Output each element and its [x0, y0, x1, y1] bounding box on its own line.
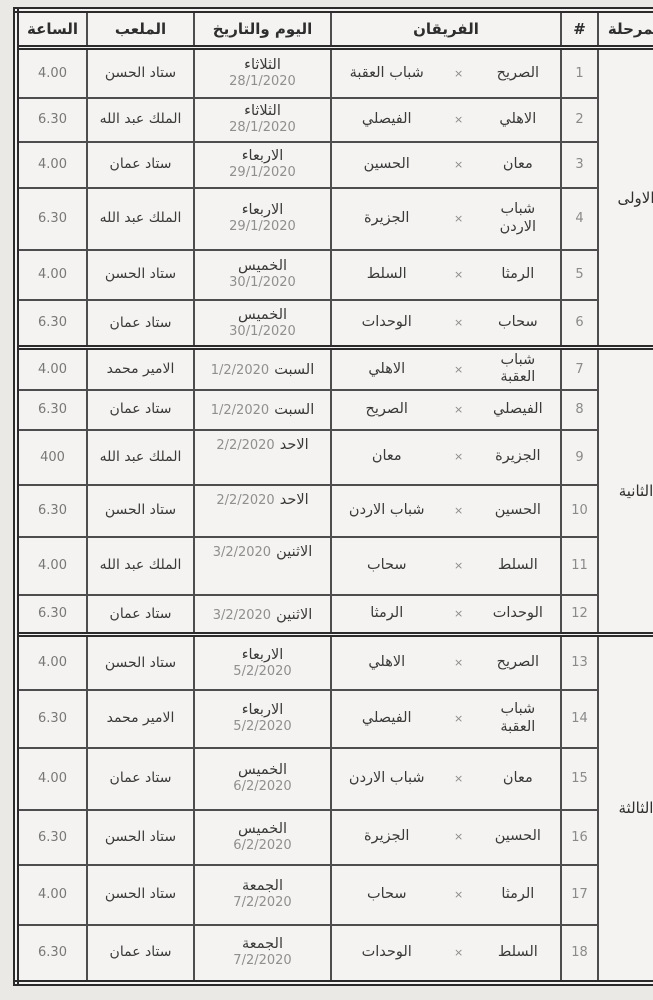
- day-date-cell: الجمعة 7/2/2020: [194, 925, 331, 983]
- match-date: 7/2/2020: [198, 895, 327, 911]
- match-day: الخميس: [198, 820, 327, 838]
- match-date: 28/1/2020: [198, 74, 327, 90]
- vs-separator: ×: [441, 113, 475, 126]
- match-row: الاولى 1 الصريح × شباب العقبة الثلاثاء 2…: [16, 48, 653, 98]
- team1: شباب العقبة: [476, 352, 560, 386]
- teams-cell: الصريح × الاهلي: [331, 635, 561, 690]
- day-date-cell: الاربعاء 29/1/2020: [194, 142, 331, 188]
- match-date: 30/1/2020: [198, 324, 327, 340]
- day-date-cell: الاربعاء 5/2/2020: [194, 635, 331, 690]
- teams-cell: شباب العقبة × الاهلي: [331, 348, 561, 390]
- venue: ستاد عمان: [87, 925, 194, 983]
- match-number: 13: [561, 635, 598, 690]
- teams-cell: معان × الحسين: [331, 142, 561, 188]
- team1: الجزيرة: [476, 448, 560, 465]
- header-stage: المرحلة: [598, 10, 653, 48]
- venue: الملك عبد الله: [87, 188, 194, 250]
- header-day-date: اليوم والتاريخ: [194, 10, 331, 48]
- team1: الصريح: [476, 654, 560, 671]
- day-date-cell: الثلاثاء 28/1/2020: [194, 48, 331, 98]
- match-date: 5/2/2020: [198, 664, 327, 680]
- team2: الوحدات: [332, 944, 441, 961]
- match-time: 6.30: [16, 188, 87, 250]
- match-time: 4.00: [16, 748, 87, 810]
- match-row: 17 الرمثا × سحاب الجمعة 7/2/2020 ستاد ال…: [16, 865, 653, 925]
- vs-separator: ×: [441, 772, 475, 785]
- match-number: 12: [561, 595, 598, 635]
- teams-cell: الحسين × الجزيرة: [331, 810, 561, 865]
- teams-cell: الفيصلي × الصريح: [331, 390, 561, 430]
- match-row: 6 سحاب × الوحدات الخميس 30/1/2020 ستاد ع…: [16, 300, 653, 348]
- match-row: 11 السلط × سحاب الاثنين 3/2/2020 الملك ع…: [16, 537, 653, 595]
- header-row: المرحلة # الفريقان اليوم والتاريخ الملعب…: [16, 10, 653, 48]
- match-time: 400: [16, 430, 87, 485]
- vs-separator: ×: [441, 403, 475, 416]
- team1: سحاب: [476, 314, 560, 331]
- day-date-cell: الاربعاء 5/2/2020: [194, 690, 331, 748]
- team2: الصريح: [332, 401, 441, 418]
- match-row: الثالثة 13 الصريح × الاهلي الاربعاء 5/2/…: [16, 635, 653, 690]
- teams-cell: الرمثا × السلط: [331, 250, 561, 300]
- schedule-sheet: المرحلة # الفريقان اليوم والتاريخ الملعب…: [13, 7, 653, 986]
- vs-separator: ×: [441, 158, 475, 171]
- match-date: 7/2/2020: [198, 953, 327, 969]
- match-day: الجمعة: [198, 877, 327, 895]
- team2: سحاب: [332, 886, 441, 903]
- match-row: الثانية 7 شباب العقبة × الاهلي السبت 1/2…: [16, 348, 653, 390]
- match-day: الجمعة: [198, 935, 327, 953]
- team1: السلط: [476, 557, 560, 574]
- header-time: الساعة: [16, 10, 87, 48]
- vs-separator: ×: [441, 504, 475, 517]
- team2: سحاب: [332, 557, 441, 574]
- match-number: 4: [561, 188, 598, 250]
- match-number: 5: [561, 250, 598, 300]
- match-row: 3 معان × الحسين الاربعاء 29/1/2020 ستاد …: [16, 142, 653, 188]
- match-number: 11: [561, 537, 598, 595]
- schedule-table: المرحلة # الفريقان اليوم والتاريخ الملعب…: [13, 7, 653, 986]
- match-day: الاثنين: [276, 544, 312, 560]
- teams-cell: الصريح × شباب العقبة: [331, 48, 561, 98]
- match-time: 4.00: [16, 348, 87, 390]
- stage-group-1: الاولى 1 الصريح × شباب العقبة الثلاثاء 2…: [16, 48, 653, 348]
- match-date: 2/2/2020: [216, 438, 274, 453]
- match-number: 8: [561, 390, 598, 430]
- vs-separator: ×: [441, 607, 475, 620]
- venue: ستاد الحسن: [87, 810, 194, 865]
- match-date: 3/2/2020: [213, 545, 271, 560]
- team1: الوحدات: [476, 605, 560, 622]
- vs-separator: ×: [441, 888, 475, 901]
- match-row: 14 شباب العقبة × الفيصلي الاربعاء 5/2/20…: [16, 690, 653, 748]
- match-date: 6/2/2020: [198, 779, 327, 795]
- page: { "table": { "headers": { "stage": "المر…: [0, 0, 653, 1000]
- venue: ستاد عمان: [87, 390, 194, 430]
- match-row: 10 الحسين × شباب الاردن الاحد 2/2/2020 س…: [16, 485, 653, 537]
- venue: الملك عبد الله: [87, 98, 194, 142]
- table-header: المرحلة # الفريقان اليوم والتاريخ الملعب…: [16, 10, 653, 48]
- team1: الحسين: [476, 828, 560, 845]
- header-number: #: [561, 10, 598, 48]
- team1: الحسين: [476, 502, 560, 519]
- match-time: 6.30: [16, 925, 87, 983]
- venue: ستاد عمان: [87, 595, 194, 635]
- match-day: الخميس: [198, 761, 327, 779]
- teams-cell: الرمثا × سحاب: [331, 865, 561, 925]
- match-row: 9 الجزيرة × معان الاحد 2/2/2020 الملك عب…: [16, 430, 653, 485]
- team2: الفيصلي: [332, 710, 441, 727]
- venue: ستاد الحسن: [87, 48, 194, 98]
- day-date-cell: الخميس 6/2/2020: [194, 748, 331, 810]
- venue: ستاد عمان: [87, 142, 194, 188]
- match-date: 2/2/2020: [216, 493, 274, 508]
- team2: شباب الاردن: [332, 770, 441, 787]
- vs-separator: ×: [441, 830, 475, 843]
- match-time: 6.30: [16, 810, 87, 865]
- header-venue: الملعب: [87, 10, 194, 48]
- team2: الوحدات: [332, 314, 441, 331]
- match-date: 1/2/2020: [211, 403, 269, 418]
- match-number: 2: [561, 98, 598, 142]
- team1: الصريح: [476, 65, 560, 82]
- teams-cell: الحسين × شباب الاردن: [331, 485, 561, 537]
- match-row: 2 الاهلي × الفيصلي الثلاثاء 28/1/2020 ال…: [16, 98, 653, 142]
- venue: ستاد عمان: [87, 300, 194, 348]
- match-date: 29/1/2020: [198, 165, 327, 181]
- team2: الجزيرة: [332, 210, 441, 227]
- vs-separator: ×: [441, 712, 475, 725]
- stage-group-3: الثالثة 13 الصريح × الاهلي الاربعاء 5/2/…: [16, 635, 653, 983]
- teams-cell: السلط × الوحدات: [331, 925, 561, 983]
- match-day: الخميس: [198, 257, 327, 275]
- day-date-cell: الاربعاء 29/1/2020: [194, 188, 331, 250]
- match-day: الاحد: [280, 437, 309, 453]
- team1: الرمثا: [476, 886, 560, 903]
- match-day: السبت: [274, 402, 314, 418]
- vs-separator: ×: [441, 363, 475, 376]
- team2: شباب الاردن: [332, 502, 441, 519]
- match-time: 4.00: [16, 865, 87, 925]
- match-number: 9: [561, 430, 598, 485]
- match-date: 3/2/2020: [213, 608, 271, 623]
- teams-cell: السلط × سحاب: [331, 537, 561, 595]
- match-time: 6.30: [16, 690, 87, 748]
- match-day: الثلاثاء: [198, 102, 327, 120]
- match-date: 1/2/2020: [211, 363, 269, 378]
- match-time: 4.00: [16, 48, 87, 98]
- team2: شباب العقبة: [332, 65, 441, 82]
- header-teams: الفريقان: [331, 10, 561, 48]
- match-number: 6: [561, 300, 598, 348]
- match-number: 1: [561, 48, 598, 98]
- team1: شباب الاردن: [476, 201, 560, 235]
- day-date-cell: الاحد 2/2/2020: [194, 430, 331, 485]
- match-time: 6.30: [16, 485, 87, 537]
- teams-cell: سحاب × الوحدات: [331, 300, 561, 348]
- match-row: 18 السلط × الوحدات الجمعة 7/2/2020 ستاد …: [16, 925, 653, 983]
- venue: الملك عبد الله: [87, 430, 194, 485]
- match-time: 4.00: [16, 635, 87, 690]
- team2: معان: [332, 448, 441, 465]
- match-date: 5/2/2020: [198, 719, 327, 735]
- teams-cell: شباب العقبة × الفيصلي: [331, 690, 561, 748]
- team2: السلط: [332, 266, 441, 283]
- team1: الرمثا: [476, 266, 560, 283]
- vs-separator: ×: [441, 656, 475, 669]
- match-time: 4.00: [16, 250, 87, 300]
- team2: الحسين: [332, 156, 441, 173]
- team1: الاهلي: [476, 111, 560, 128]
- teams-cell: الاهلي × الفيصلي: [331, 98, 561, 142]
- teams-cell: معان × شباب الاردن: [331, 748, 561, 810]
- match-time: 6.30: [16, 98, 87, 142]
- day-date-cell: السبت 1/2/2020: [194, 390, 331, 430]
- match-row: 5 الرمثا × السلط الخميس 30/1/2020 ستاد ا…: [16, 250, 653, 300]
- match-day: الثلاثاء: [198, 56, 327, 74]
- team2: الجزيرة: [332, 828, 441, 845]
- venue: الملك عبد الله: [87, 537, 194, 595]
- stage-label: الاولى: [598, 48, 653, 348]
- match-day: الاربعاء: [198, 701, 327, 719]
- team1: شباب العقبة: [476, 701, 560, 735]
- day-date-cell: الاثنين 3/2/2020: [194, 595, 331, 635]
- match-day: الخميس: [198, 306, 327, 324]
- team2: الاهلي: [332, 361, 441, 378]
- match-number: 16: [561, 810, 598, 865]
- day-date-cell: الخميس 30/1/2020: [194, 300, 331, 348]
- vs-separator: ×: [441, 450, 475, 463]
- day-date-cell: الخميس 6/2/2020: [194, 810, 331, 865]
- vs-separator: ×: [441, 268, 475, 281]
- match-number: 10: [561, 485, 598, 537]
- match-row: 4 شباب الاردن × الجزيرة الاربعاء 29/1/20…: [16, 188, 653, 250]
- day-date-cell: السبت 1/2/2020: [194, 348, 331, 390]
- vs-separator: ×: [441, 212, 475, 225]
- match-date: 29/1/2020: [198, 219, 327, 235]
- venue: الامير محمد: [87, 348, 194, 390]
- match-time: 6.30: [16, 390, 87, 430]
- venue: ستاد الحسن: [87, 485, 194, 537]
- vs-separator: ×: [441, 559, 475, 572]
- day-date-cell: الثلاثاء 28/1/2020: [194, 98, 331, 142]
- team1: معان: [476, 770, 560, 787]
- stage-label: الثالثة: [598, 635, 653, 983]
- match-row: 12 الوحدات × الرمثا الاثنين 3/2/2020 ستا…: [16, 595, 653, 635]
- venue: ستاد الحسن: [87, 635, 194, 690]
- team1: معان: [476, 156, 560, 173]
- team1: الفيصلي: [476, 401, 560, 418]
- match-number: 15: [561, 748, 598, 810]
- match-time: 4.00: [16, 537, 87, 595]
- match-date: 30/1/2020: [198, 275, 327, 291]
- teams-cell: الجزيرة × معان: [331, 430, 561, 485]
- day-date-cell: الاثنين 3/2/2020: [194, 537, 331, 595]
- vs-separator: ×: [441, 67, 475, 80]
- match-day: الاحد: [280, 492, 309, 508]
- team2: الفيصلي: [332, 111, 441, 128]
- match-row: 16 الحسين × الجزيرة الخميس 6/2/2020 ستاد…: [16, 810, 653, 865]
- match-day: السبت: [274, 362, 314, 378]
- match-row: 8 الفيصلي × الصريح السبت 1/2/2020 ستاد ع…: [16, 390, 653, 430]
- teams-cell: شباب الاردن × الجزيرة: [331, 188, 561, 250]
- vs-separator: ×: [441, 946, 475, 959]
- match-day: الاربعاء: [198, 147, 327, 165]
- stage-label: الثانية: [598, 348, 653, 635]
- teams-cell: الوحدات × الرمثا: [331, 595, 561, 635]
- day-date-cell: الاحد 2/2/2020: [194, 485, 331, 537]
- team2: الرمثا: [332, 605, 441, 622]
- venue: ستاد عمان: [87, 748, 194, 810]
- day-date-cell: الخميس 30/1/2020: [194, 250, 331, 300]
- venue: الامير محمد: [87, 690, 194, 748]
- venue: ستاد الحسن: [87, 250, 194, 300]
- match-day: الاثنين: [276, 607, 312, 623]
- stage-group-2: الثانية 7 شباب العقبة × الاهلي السبت 1/2…: [16, 348, 653, 635]
- match-number: 17: [561, 865, 598, 925]
- match-number: 18: [561, 925, 598, 983]
- match-number: 7: [561, 348, 598, 390]
- team2: الاهلي: [332, 654, 441, 671]
- match-date: 6/2/2020: [198, 838, 327, 854]
- venue: ستاد الحسن: [87, 865, 194, 925]
- match-time: 6.30: [16, 300, 87, 348]
- vs-separator: ×: [441, 316, 475, 329]
- match-day: الاربعاء: [198, 646, 327, 664]
- match-time: 4.00: [16, 142, 87, 188]
- match-date: 28/1/2020: [198, 120, 327, 136]
- team1: السلط: [476, 944, 560, 961]
- match-day: الاربعاء: [198, 201, 327, 219]
- match-number: 3: [561, 142, 598, 188]
- match-number: 14: [561, 690, 598, 748]
- day-date-cell: الجمعة 7/2/2020: [194, 865, 331, 925]
- match-row: 15 معان × شباب الاردن الخميس 6/2/2020 ست…: [16, 748, 653, 810]
- match-time: 6.30: [16, 595, 87, 635]
